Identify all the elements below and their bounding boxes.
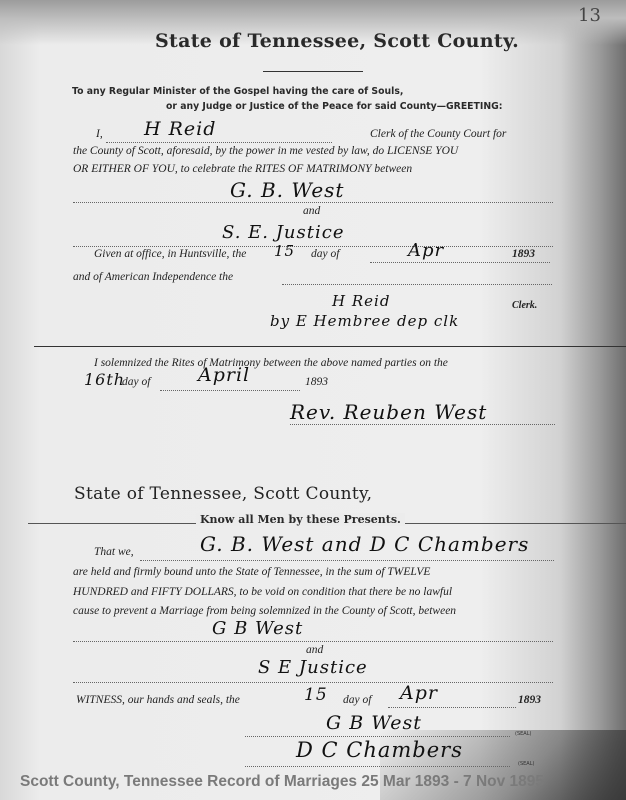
license-body-line-2: OR EITHER OF YOU, to celebrate the RITES… bbox=[73, 163, 412, 175]
clerk-name-handwritten: H Reid bbox=[144, 118, 216, 140]
witness-day-handwritten: 15 bbox=[304, 685, 328, 705]
independence-line bbox=[282, 284, 552, 285]
bond-and-label: and bbox=[306, 644, 323, 656]
officiant-line bbox=[290, 424, 555, 425]
bond-body-line-2: HUNDRED and FIFTY DOLLARS, to be void on… bbox=[73, 586, 452, 598]
given-month-handwritten: Apr bbox=[408, 240, 444, 261]
obligors-handwritten: G. B. West and D C Chambers bbox=[200, 532, 529, 556]
given-prefix: Given at office, in Huntsville, the bbox=[94, 248, 246, 260]
solemnization-line: I solemnized the Rites of Matrimony betw… bbox=[94, 357, 448, 369]
bond-bride-handwritten: S E Justice bbox=[258, 657, 368, 678]
bond-groom-handwritten: G B West bbox=[212, 618, 303, 639]
clerk-prefix: I, bbox=[96, 128, 103, 140]
bond-title: State of Tennessee, Scott County, bbox=[74, 484, 372, 504]
bond-bride-line bbox=[73, 682, 553, 683]
bond-body-line-1: are held and firmly bound unto the State… bbox=[73, 566, 430, 578]
solemnization-year: 1893 bbox=[305, 376, 328, 388]
witness-month-handwritten: Apr bbox=[400, 682, 438, 704]
marriage-record-page: 13 State of Tennessee, Scott County. To … bbox=[0, 0, 626, 800]
obligors-line bbox=[140, 560, 554, 561]
signed-clerk-handwritten: H Reid bbox=[332, 292, 390, 310]
bond-body-line-3: cause to prevent a Marriage from being s… bbox=[73, 605, 456, 617]
that-we-label: That we, bbox=[94, 546, 134, 558]
bond-subtitle: Know all Men by these Presents. bbox=[196, 513, 405, 526]
solemnization-month-handwritten: April bbox=[198, 364, 250, 386]
witness-month-line bbox=[388, 707, 516, 708]
address-line-2: or any Judge or Justice of the Peace for… bbox=[166, 101, 502, 112]
given-month-line bbox=[370, 262, 550, 263]
given-day-of: day of bbox=[311, 248, 339, 260]
independence-label: and of American Independence the bbox=[73, 271, 233, 283]
license-title: State of Tennessee, Scott County. bbox=[155, 30, 519, 52]
signature-2-handwritten: D C Chambers bbox=[296, 738, 463, 762]
bride-name-handwritten: S. E. Justice bbox=[222, 222, 345, 243]
section-divider-1 bbox=[34, 346, 626, 347]
solemnization-day-handwritten: 16th bbox=[84, 370, 125, 389]
title-underline bbox=[263, 71, 363, 72]
officiant-signature-handwritten: Rev. Reuben West bbox=[290, 400, 487, 424]
seal-label-1: (SEAL) bbox=[515, 731, 531, 737]
bond-groom-line bbox=[73, 641, 553, 642]
signature-2-line bbox=[245, 766, 510, 767]
page-number: 13 bbox=[578, 5, 601, 26]
witness-prefix: WITNESS, our hands and seals, the bbox=[76, 694, 240, 706]
license-body-line-1: the County of Scott, aforesaid, by the p… bbox=[73, 145, 458, 157]
witness-year: 1893 bbox=[518, 694, 541, 706]
groom-line bbox=[73, 202, 553, 203]
signature-1-handwritten: G B West bbox=[326, 712, 422, 734]
solemnization-month-line bbox=[160, 390, 300, 391]
solemnization-day-of: day of bbox=[122, 376, 150, 388]
deputy-signature-handwritten: by E Hembree dep clk bbox=[270, 312, 459, 330]
record-caption: Scott County, Tennessee Record of Marria… bbox=[20, 773, 544, 791]
given-year: 1893 bbox=[512, 248, 535, 260]
address-line-1: To any Regular Minister of the Gospel ha… bbox=[72, 86, 403, 97]
seal-label-2: (SEAL) bbox=[518, 761, 534, 767]
clerk-suffix: Clerk of the County Court for bbox=[370, 128, 506, 140]
clerk-name-line bbox=[106, 142, 332, 143]
witness-day-of: day of bbox=[343, 694, 371, 706]
and-label: and bbox=[303, 205, 320, 217]
given-day-handwritten: 15 bbox=[274, 242, 295, 260]
signature-1-line bbox=[245, 736, 510, 737]
groom-name-handwritten: G. B. West bbox=[230, 178, 344, 202]
clerk-label: Clerk. bbox=[512, 300, 537, 311]
bride-line bbox=[73, 246, 553, 247]
